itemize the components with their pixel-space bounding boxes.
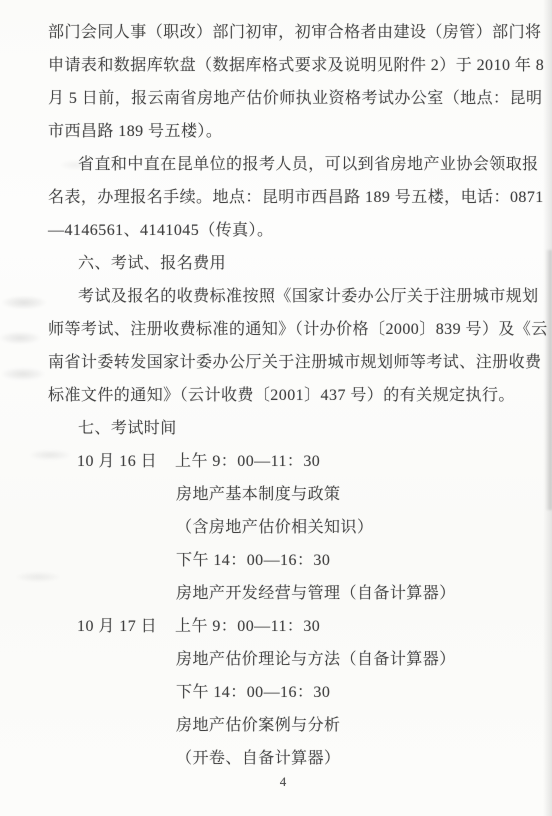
body-line: 名表，办理报名手续。地点：昆明市西昌路 189 号五楼，电话：0871 <box>48 181 548 214</box>
page-number: 4 <box>0 772 552 792</box>
exam-subject-line: 房地产估价案例与分析 <box>48 709 548 742</box>
scanned-document-page: 部门会同人事（职改）部门初审，初审合格者由建设（房管）部门将 申请表和数据库软盘… <box>0 0 552 816</box>
exam-date-line: 10 月 17 日上午 9：00—11：30 <box>48 610 548 643</box>
body-line: 省直和中直在昆单位的报考人员，可以到省房地产业协会领取报 <box>48 148 548 181</box>
body-line: 部门会同人事（职改）部门初审，初审合格者由建设（房管）部门将 <box>48 16 548 49</box>
body-line: 师等考试、注册收费标准的通知》（计办价格〔2000〕839 号）及《云 <box>48 313 548 346</box>
body-line: 月 5 日前，报云南省房地产估价师执业资格考试办公室（地点：昆明 <box>48 82 548 115</box>
body-line: 标准文件的通知》（云计收费〔2001〕437 号）的有关规定执行。 <box>48 379 548 412</box>
exam-subject-note: （含房地产估价相关知识） <box>48 511 548 544</box>
body-line: 市西昌路 189 号五楼）。 <box>48 115 548 148</box>
document-text-block: 部门会同人事（职改）部门初审，初审合格者由建设（房管）部门将 申请表和数据库软盘… <box>0 0 552 775</box>
body-line: —4146561、4141045（传真）。 <box>48 214 548 247</box>
exam-subject-line: 房地产基本制度与政策 <box>48 478 548 511</box>
body-line: 考试及报名的收费标准按照《国家计委办公厅关于注册城市规划 <box>48 280 548 313</box>
body-line: 申请表和数据库软盘（数据库格式要求及说明见附件 2）于 2010 年 8 <box>48 49 548 82</box>
section-heading: 六、考试、报名费用 <box>48 247 548 280</box>
exam-session-time: 下午 14：00—16：30 <box>48 544 548 577</box>
exam-session-time: 上午 9：00—11：30 <box>175 453 320 470</box>
exam-session-time: 下午 14：00—16：30 <box>48 676 548 709</box>
exam-date-line: 10 月 16 日上午 9：00—11：30 <box>48 445 548 478</box>
exam-date: 10 月 17 日 <box>77 610 175 643</box>
exam-subject-line: 房地产开发经营与管理（自备计算器） <box>48 577 548 610</box>
exam-subject-line: 房地产估价理论与方法（自备计算器） <box>48 643 548 676</box>
exam-date: 10 月 16 日 <box>77 445 175 478</box>
body-line: 南省计委转发国家计委办公厅关于注册城市规划师等考试、注册收费 <box>48 346 548 379</box>
exam-session-time: 上午 9：00—11：30 <box>175 618 320 635</box>
exam-subject-note: （开卷、自备计算器） <box>48 742 548 775</box>
section-heading: 七、考试时间 <box>48 412 548 445</box>
